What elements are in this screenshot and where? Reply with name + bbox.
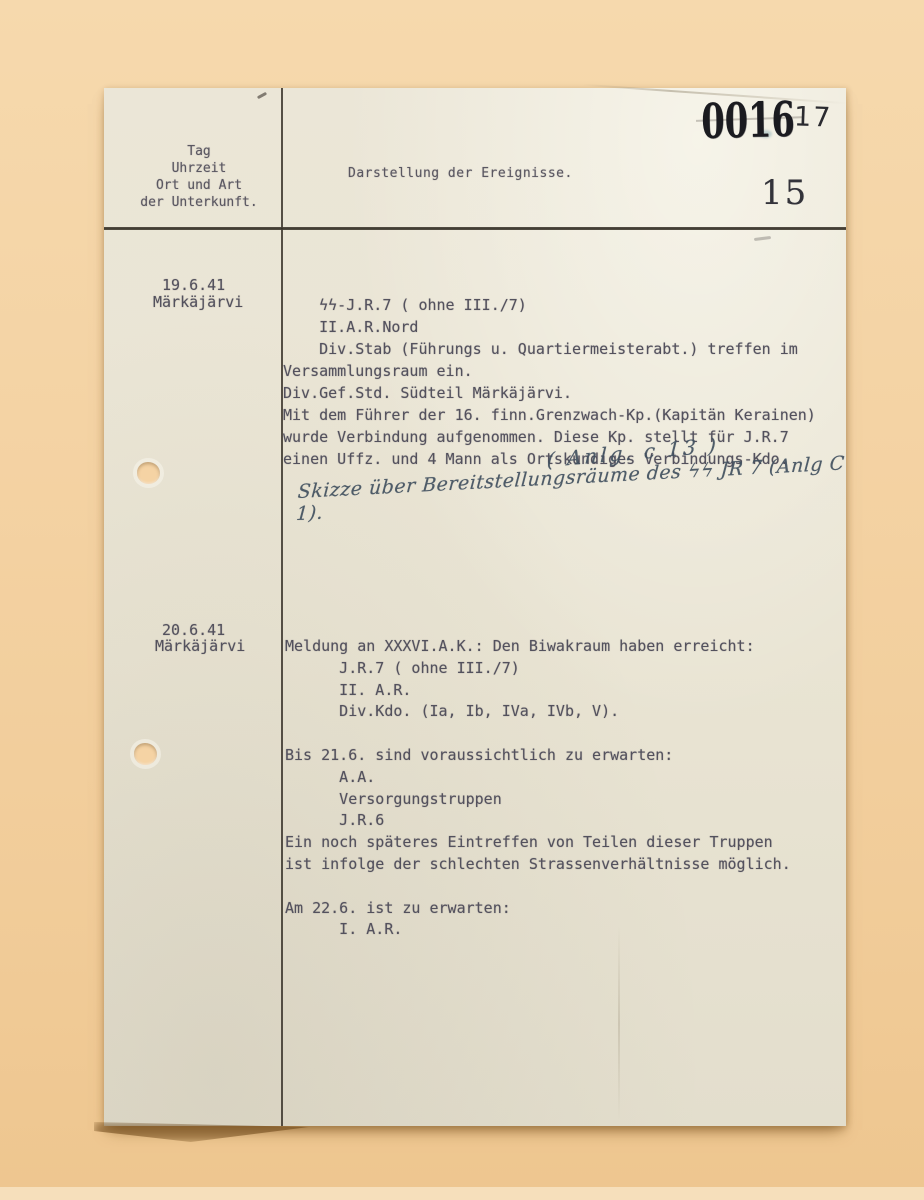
handwritten-folio-number: 17 <box>794 103 833 131</box>
event-line: J.R.6 <box>285 810 791 832</box>
event-line: J.R.7 ( ohne III./7) <box>285 658 791 680</box>
entry-date: 19.6.41 <box>162 276 225 294</box>
header-left-line: Uhrzeit <box>134 160 264 177</box>
entry-place: Märkäjärvi <box>155 637 245 655</box>
event-line: Div.Stab (Führungs u. Quartiermeisterabt… <box>283 338 816 360</box>
event-line: Versorgungstruppen <box>285 789 791 811</box>
document-page: Tag Uhrzeit Ort und Art der Unterkunft. … <box>104 88 846 1126</box>
header-divider-line <box>104 227 846 230</box>
punch-hole-bottom <box>134 743 157 765</box>
column-divider-line <box>281 88 283 1126</box>
ink-tick-mark <box>257 92 267 99</box>
entry-event-text: ϟϟ-J.R.7 ( ohne III./7) II.A.R.Nord Div.… <box>283 294 816 470</box>
paper-corner-shadow <box>94 1122 309 1142</box>
paper-crease-bottom <box>618 926 620 1121</box>
event-line: Meldung an XXXVI.A.K.: Den Biwakraum hab… <box>285 636 791 658</box>
event-line: Mit dem Führer der 16. finn.Grenzwach-Kp… <box>283 404 816 426</box>
event-line: ist infolge der schlechten Strassenverhä… <box>285 854 791 876</box>
header-left-line: Tag <box>134 143 264 160</box>
event-line: II. A.R. <box>285 680 791 702</box>
event-line <box>285 723 791 745</box>
event-line: A.A. <box>285 767 791 789</box>
event-line: Versammlungsraum ein. <box>283 360 816 382</box>
event-line: wurde Verbindung aufgenommen. Diese Kp. … <box>283 426 816 448</box>
event-line: Div.Kdo. (Ia, Ib, IVa, IVb, V). <box>285 701 791 723</box>
header-left-line: der Unterkunft. <box>134 194 264 211</box>
event-line: Ein noch späteres Eintreffen von Teilen … <box>285 832 791 854</box>
event-line: Am 22.6. ist zu erwarten: <box>285 898 791 920</box>
event-line: ϟϟ-J.R.7 ( ohne III./7) <box>283 294 816 316</box>
event-line: II.A.R.Nord <box>283 316 816 338</box>
page-number: 15 <box>761 176 808 210</box>
entry-place: Märkäjärvi <box>153 293 243 311</box>
event-line: Bis 21.6. sind voraussichtlich zu erwart… <box>285 745 791 767</box>
header-left-line: Ort und Art <box>134 177 264 194</box>
event-line: I. A.R. <box>285 919 791 941</box>
punch-hole-top <box>137 462 160 484</box>
entry-event-text: Meldung an XXXVI.A.K.: Den Biwakraum hab… <box>285 636 791 941</box>
stamp-number: 0016 <box>701 96 795 146</box>
stray-pen-dash <box>754 236 771 241</box>
event-line <box>285 876 791 898</box>
header-left-column: Tag Uhrzeit Ort und Art der Unterkunft. <box>134 143 264 211</box>
event-line: Div.Gef.Std. Südteil Märkäjärvi. <box>283 382 816 404</box>
header-events-column: Darstellung der Ereignisse. <box>348 166 573 181</box>
scan-background: Tag Uhrzeit Ort und Art der Unterkunft. … <box>0 0 924 1200</box>
